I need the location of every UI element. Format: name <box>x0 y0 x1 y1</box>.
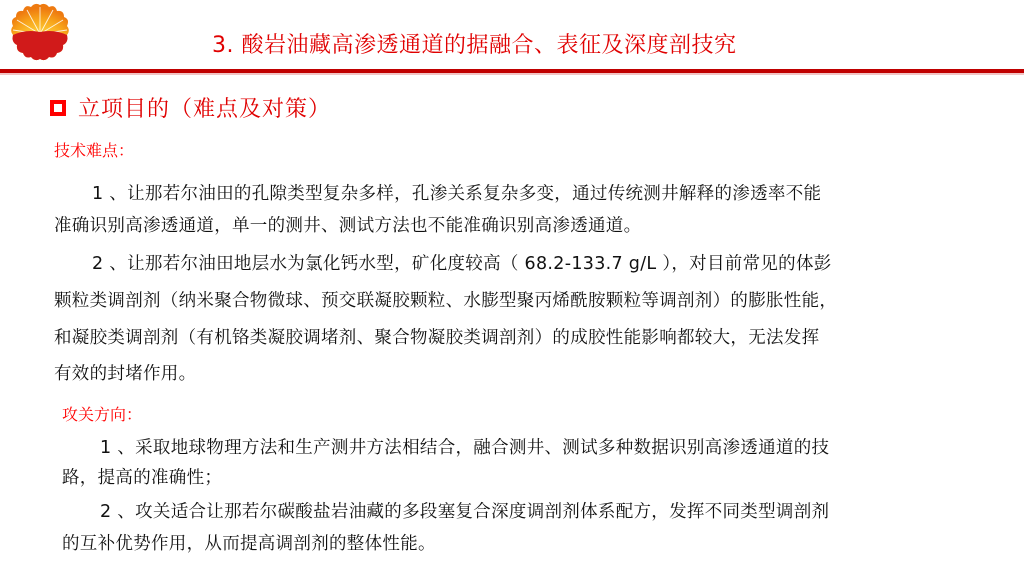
difficulty-2-line-4: 有效的封堵作用。 <box>54 360 196 385</box>
difficulty-2-line-1: 2 、让那若尔油田地层水为氯化钙水型，矿化度较高（ 68.2-133.7 g/L… <box>92 250 832 275</box>
section-heading-text: 立项目的（难点及对策） <box>78 92 331 123</box>
approach-1-line-2: 路，提高的准确性； <box>62 464 222 489</box>
approach-label: 攻关方向： <box>62 402 142 425</box>
page-title: 3. 酸岩油藏高渗透通道的据融合、表征及深度剖技究 <box>212 28 737 59</box>
difficulty-2-line-3: 和凝胶类调剖剂（有机铬类凝胶调堵剂、聚合物凝胶类调剖剂）的成胶性能影响都较大，无… <box>54 324 819 349</box>
difficulty-1-line-1: 1 、让那若尔油田的孔隙类型复杂多样，孔渗关系复杂多变，通过传统测井解释的渗透率… <box>92 180 821 205</box>
approach-1-line-1: 1 、采取地球物理方法和生产测井方法相结合，融合测井、测试多种数据识别高渗透通道… <box>100 434 829 459</box>
approach-2-line-1: 2 、攻关适合让那若尔碳酸盐岩油藏的多段塞复合深度调剖剂体系配方，发挥不同类型调… <box>100 498 829 523</box>
difficulties-label: 技术难点： <box>54 138 134 161</box>
hollow-square-bullet-icon <box>50 100 66 116</box>
company-logo <box>9 2 71 62</box>
petrochina-sunflower-logo-icon <box>9 2 71 62</box>
section-heading: 立项目的（难点及对策） <box>50 92 331 123</box>
difficulty-1-line-2: 准确识别高渗透通道，单一的测井、测试方法也不能准确识别高渗透通道。 <box>54 212 641 237</box>
approach-2-line-2: 的互补优势作用，从而提高调剖剂的整体性能。 <box>62 530 436 555</box>
header-divider-shadow <box>0 73 1024 75</box>
difficulty-2-line-2: 颗粒类调剖剂（纳米聚合物微球、预交联凝胶颗粒、水膨型聚丙烯酰胺颗粒等调剖剂）的膨… <box>54 287 837 312</box>
